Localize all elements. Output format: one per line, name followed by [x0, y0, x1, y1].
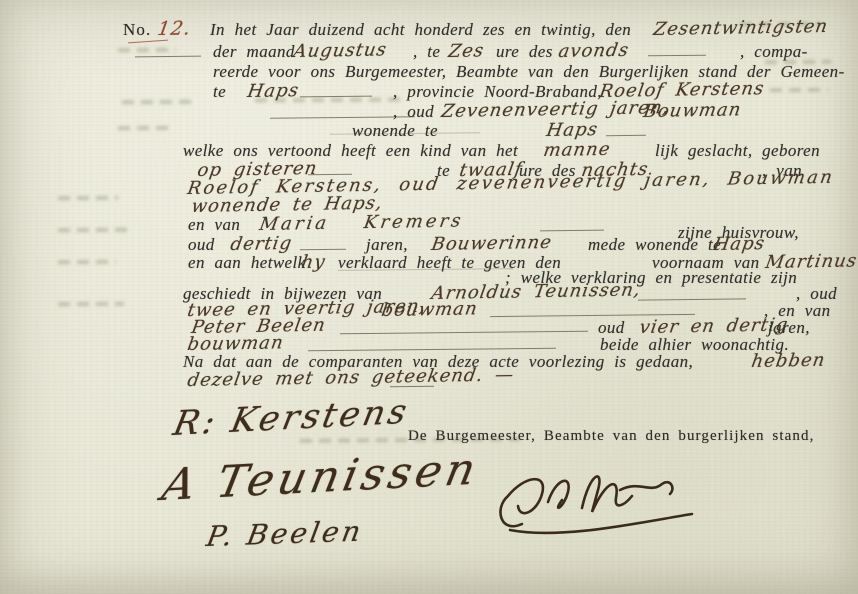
- printed-text: , oud: [393, 102, 434, 122]
- handwritten-text: Augustus: [292, 39, 389, 62]
- signature-beelen: P. Beelen: [204, 515, 366, 553]
- printed-text: In het Jaar duizend acht honderd zes en …: [210, 20, 631, 40]
- printed-text: wonende te: [352, 121, 438, 141]
- document-line: In het Jaar duizend acht honderd zes en …: [0, 20, 858, 44]
- handwritten-text: avonds: [557, 40, 631, 62]
- handwritten-text: Zevenenveertig jaren,: [440, 97, 671, 122]
- document-line: dezelve met ons geteekend. —: [0, 371, 858, 395]
- printed-text: oud: [188, 235, 215, 255]
- printed-text: , compa-: [740, 42, 808, 62]
- printed-text: , te: [413, 42, 440, 62]
- printed-text: lijk geslacht, geboren: [655, 141, 820, 161]
- handwritten-text: Haps: [246, 80, 301, 102]
- printed-text: en van: [188, 215, 240, 235]
- handwritten-text: Haps: [545, 119, 600, 141]
- handwritten-text: hebben: [750, 350, 827, 372]
- handwritten-text: manne: [542, 139, 612, 161]
- printed-text: te: [213, 82, 226, 102]
- handwritten-text: Bouwerinne: [430, 232, 554, 255]
- printed-text: ure des: [496, 42, 553, 62]
- handwritten-text: Zesentwintigsten: [652, 16, 830, 40]
- printed-text: jaren,: [366, 235, 408, 255]
- handwritten-text: Maria Kremers: [258, 210, 465, 235]
- document-page: No. 12. In het Jaar duizend acht honderd…: [0, 0, 858, 594]
- handwritten-text: Zes: [447, 40, 486, 62]
- handwritten-text: dertig: [229, 233, 294, 255]
- handwritten-text: Bouwman: [642, 99, 743, 122]
- printed-text: der maand: [213, 42, 295, 62]
- burgemeester-signature-flourish: [492, 462, 708, 548]
- handwritten-text: dezelve met ons geteekend. —: [186, 364, 516, 391]
- signature-teunissen: A Teunissen: [158, 444, 484, 511]
- official-caption: De Burgemeester, Beambte van den burgerl…: [408, 428, 814, 445]
- handwritten-text: Haps: [712, 233, 767, 255]
- printed-text: welke ons vertoond heeft een kind van he…: [183, 141, 518, 161]
- printed-text: mede wonende te: [588, 235, 721, 255]
